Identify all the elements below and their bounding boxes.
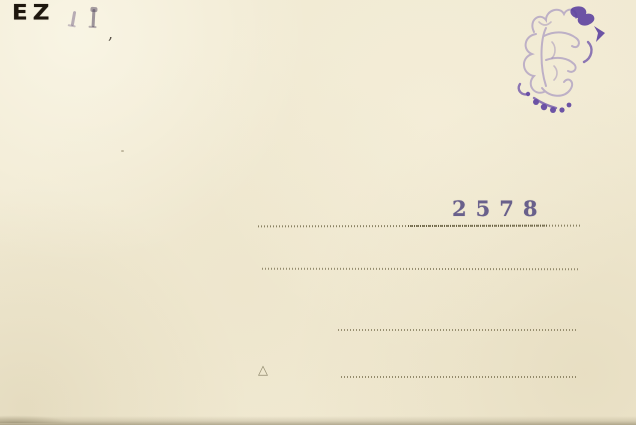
address-line-3: [338, 329, 577, 331]
address-line-1: [258, 225, 582, 228]
address-line-2: [262, 268, 580, 271]
bottom-edge-shadow: [0, 416, 636, 425]
control-stamp-text: EZ: [12, 1, 54, 25]
comma-ink-mark: ,: [108, 24, 113, 43]
triangle-mark: △: [258, 363, 268, 378]
address-line-1-dense-dots: [408, 225, 548, 227]
faint-ink-mark: [71, 11, 77, 26]
address-line-4: [341, 376, 577, 378]
serial-number: 2578: [452, 196, 546, 221]
faint-ink-mark: [92, 9, 96, 27]
ornamental-monogram-stamp-icon: [506, 2, 610, 116]
paper-speck: [121, 150, 124, 152]
postcard-back: EZ ,: [0, 0, 636, 425]
